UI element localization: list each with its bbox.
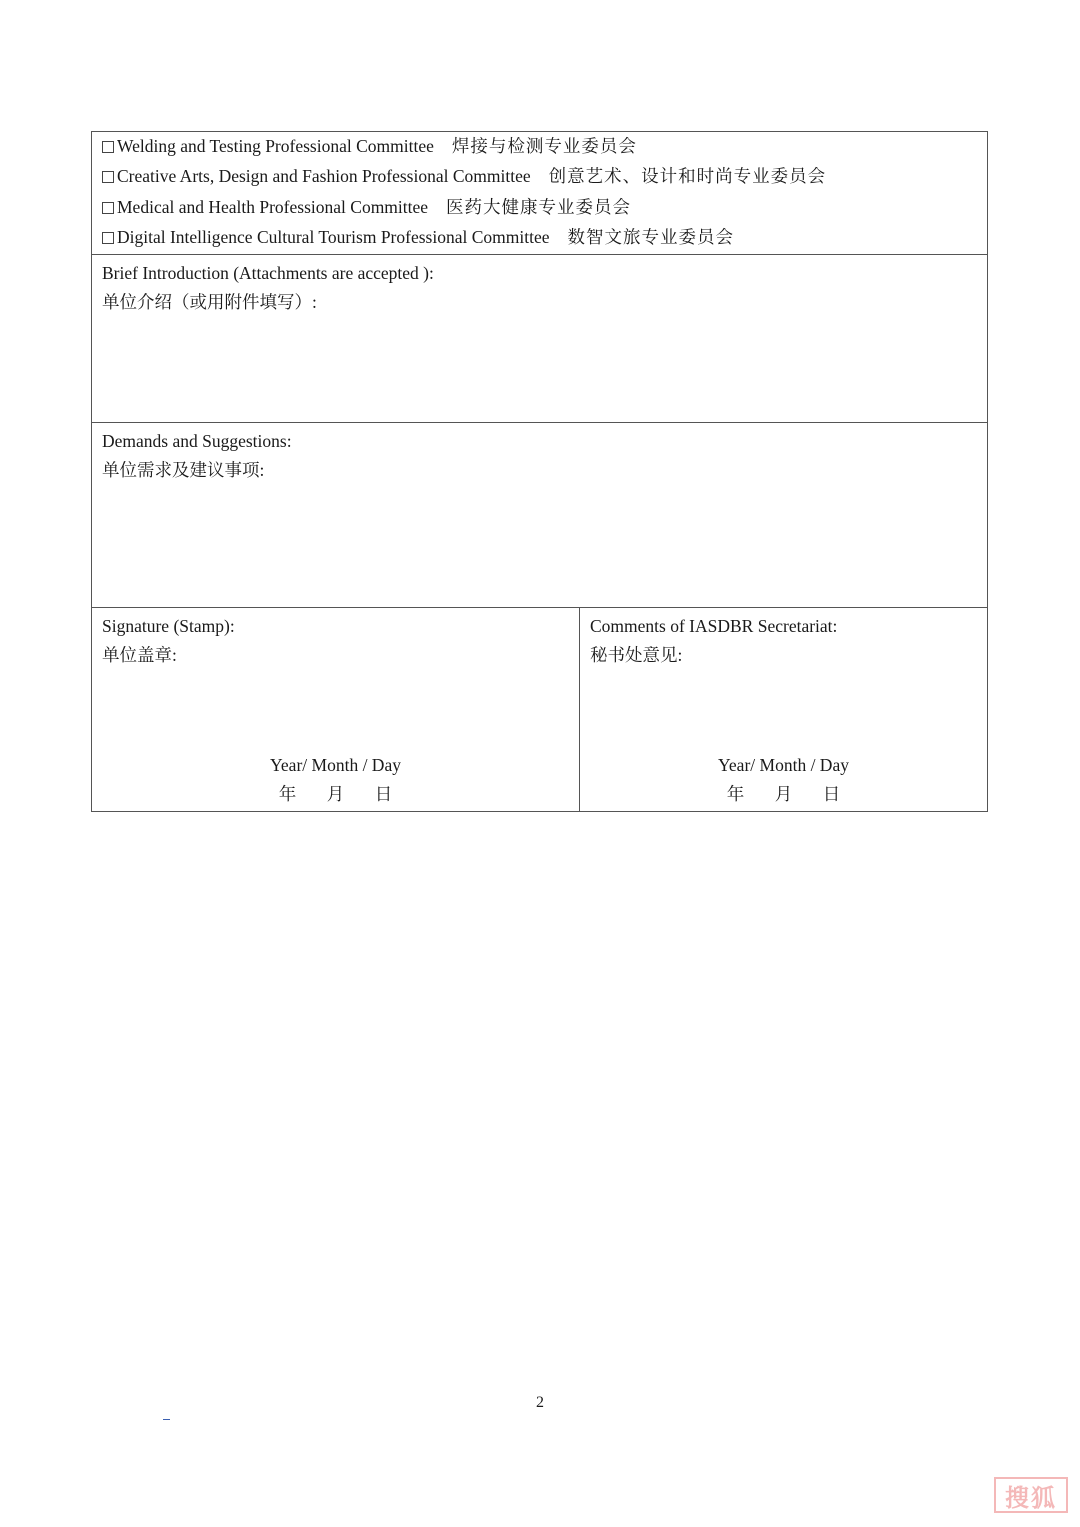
secretariat-comments-field[interactable]: Comments of IASDBR Secretariat: 秘书处意见: Y… — [580, 608, 987, 811]
watermark-logo-icon: 搜狐 — [994, 1477, 1068, 1513]
signature-date: Year/ Month / Day 年月日 — [92, 751, 579, 809]
committee-label-cn: 创意艺术、设计和时尚专业委员会 — [549, 166, 827, 186]
stray-mark — [163, 1419, 170, 1420]
committee-option-medical-health[interactable]: Medical and Health Professional Committe… — [92, 194, 987, 224]
year-label: 年 — [712, 780, 760, 809]
secretariat-date: Year/ Month / Day 年月日 — [580, 751, 987, 809]
secretariat-label-cn: 秘书处意见: — [590, 641, 977, 670]
demands-suggestions-field[interactable]: Demands and Suggestions: 单位需求及建议事项: — [92, 422, 987, 607]
committee-option-digital-tourism[interactable]: Digital Intelligence Cultural Tourism Pr… — [92, 224, 987, 254]
checkbox-icon[interactable] — [102, 141, 114, 153]
committee-option-creative-arts[interactable]: Creative Arts, Design and Fashion Profes… — [92, 163, 987, 193]
committee-label-cn: 医药大健康专业委员会 — [446, 197, 631, 217]
brief-introduction-label-cn: 单位介绍（或用附件填写）: — [102, 288, 977, 317]
committee-label-cn: 焊接与检测专业委员会 — [452, 136, 637, 156]
secretariat-label-en: Comments of IASDBR Secretariat: — [590, 612, 977, 641]
committee-label-en: Medical and Health Professional Committe… — [117, 197, 428, 217]
committee-label-cn: 数智文旅专业委员会 — [567, 227, 734, 247]
committee-label-en: Welding and Testing Professional Committ… — [117, 136, 434, 156]
application-form-table: Welding and Testing Professional Committ… — [91, 131, 988, 812]
committee-options: Welding and Testing Professional Committ… — [92, 132, 987, 254]
demands-label-en: Demands and Suggestions: — [102, 427, 977, 456]
checkbox-icon[interactable] — [102, 171, 114, 183]
signature-date-en: Year/ Month / Day — [92, 751, 579, 780]
demands-label-cn: 单位需求及建议事项: — [102, 456, 977, 485]
year-label: 年 — [264, 780, 312, 809]
signature-row: Signature (Stamp): 单位盖章: Year/ Month / D… — [92, 607, 987, 811]
signature-label-cn: 单位盖章: — [102, 641, 569, 670]
checkbox-icon[interactable] — [102, 202, 114, 214]
signature-stamp-field[interactable]: Signature (Stamp): 单位盖章: Year/ Month / D… — [92, 608, 580, 811]
brief-introduction-label-en: Brief Introduction (Attachments are acce… — [102, 259, 977, 288]
secretariat-date-en: Year/ Month / Day — [580, 751, 987, 780]
brief-introduction-field[interactable]: Brief Introduction (Attachments are acce… — [92, 254, 987, 422]
page-number: 2 — [0, 1394, 1080, 1412]
signature-date-cn: 年月日 — [92, 780, 579, 809]
day-label: 日 — [808, 780, 856, 809]
checkbox-icon[interactable] — [102, 232, 114, 244]
day-label: 日 — [360, 780, 408, 809]
committee-option-welding[interactable]: Welding and Testing Professional Committ… — [92, 133, 987, 163]
committee-label-en: Creative Arts, Design and Fashion Profes… — [117, 166, 531, 186]
signature-label-en: Signature (Stamp): — [102, 612, 569, 641]
month-label: 月 — [760, 780, 808, 809]
month-label: 月 — [312, 780, 360, 809]
secretariat-date-cn: 年月日 — [580, 780, 987, 809]
committee-label-en: Digital Intelligence Cultural Tourism Pr… — [117, 227, 549, 247]
